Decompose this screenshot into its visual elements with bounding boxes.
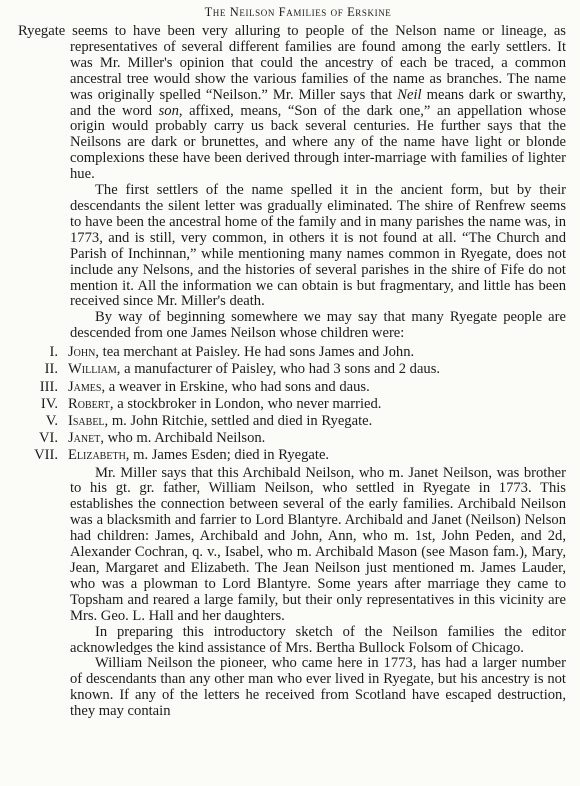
paragraph-acknowledgment: In preparing this introductory sketch of…: [70, 625, 566, 657]
paragraph-archibald: Mr. Miller says that this Archibald Neil…: [70, 466, 566, 625]
paragraph-intro: Ryegate seems to have been very alluring…: [70, 24, 566, 183]
list-item: V.Isabel, m. John Ritchie, settled and d…: [8, 413, 566, 430]
document-page: The Neilson Families of Erskine Ryegate …: [0, 0, 580, 786]
list-item: I.John, tea merchant at Paisley. He had …: [8, 344, 566, 361]
paragraph-william-pioneer: William Neilson the pioneer, who came he…: [70, 656, 566, 720]
list-item: VII.Elizabeth, m. James Esden; died in R…: [8, 447, 566, 464]
paragraph-beginning: By way of beginning somewhere we may say…: [70, 310, 566, 342]
page-title: The Neilson Families of Erskine: [8, 5, 580, 20]
list-item: VI.Janet, who m. Archibald Neilson.: [8, 430, 566, 447]
paragraph-first-settlers: The first settlers of the name spelled i…: [70, 183, 566, 310]
children-list: I.John, tea merchant at Paisley. He had …: [8, 344, 566, 464]
body-text: Ryegate seems to have been very alluring…: [70, 24, 566, 720]
list-item: II.William, a manufacturer of Paisley, w…: [8, 361, 566, 378]
list-item: IV.Robert, a stockbroker in London, who …: [8, 396, 566, 413]
list-item: III.James, a weaver in Erskine, who had …: [8, 379, 566, 396]
